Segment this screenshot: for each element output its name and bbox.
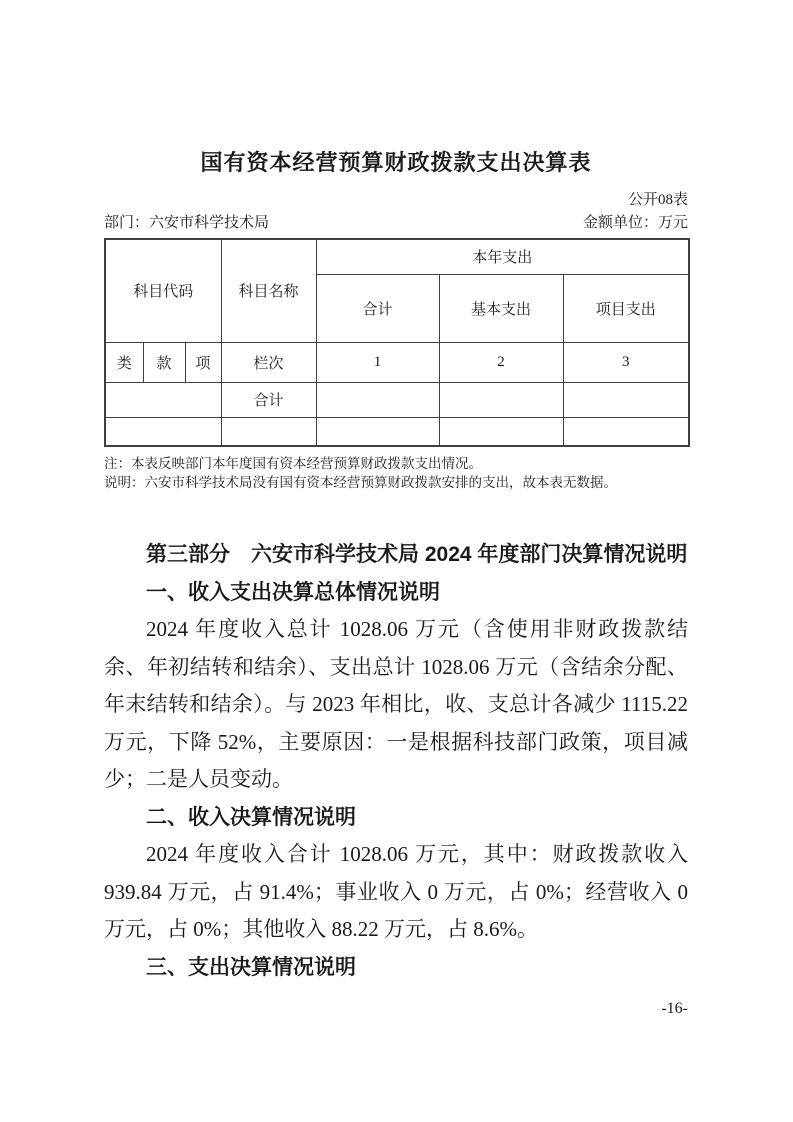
unit-label: 金额单位：万元 (583, 213, 688, 233)
row-code-cell (105, 382, 221, 417)
header-subject-name: 科目名称 (221, 239, 316, 342)
column-number-2: 2 (439, 342, 563, 382)
section1-paragraph: 2024 年度收入总计 1028.06 万元（含使用非财政拨款结余、年初结转和结… (104, 611, 688, 799)
row-project-cell (563, 417, 689, 446)
row-basic-cell (439, 417, 563, 446)
part3-heading: 第三部分 六安市科学技术局 2024 年度部门决算情况说明 (104, 536, 688, 574)
header-subject-code: 科目代码 (105, 239, 221, 342)
expenditure-table: 科目代码 科目名称 本年支出 合计 基本支出 项目支出 类 款 项 栏次 1 2… (104, 238, 690, 447)
row-name-cell (221, 417, 316, 446)
section2-paragraph: 2024 年度收入合计 1028.06 万元，其中：财政拨款收入 939.84 … (104, 836, 688, 949)
table-explanation: 说明：六安市科学技术局没有国有资本经营预算财政拨款安排的支出，故本表无数据。 (104, 473, 688, 492)
table-row-total: 合计 (105, 382, 689, 417)
header-column-label: 栏次 (221, 342, 316, 382)
document-page: 国有资本经营预算财政拨款支出决算表 公开08表 部门：六安市科学技术局 金额单位… (0, 0, 793, 1122)
column-number-1: 1 (316, 342, 439, 382)
table-row-empty (105, 417, 689, 446)
row-total-cell (316, 417, 439, 446)
column-number-3: 3 (563, 342, 689, 382)
row-name-cell: 合计 (221, 382, 316, 417)
table-header-row-1: 科目代码 科目名称 本年支出 (105, 239, 689, 274)
header-section: 款 (143, 342, 185, 382)
table-header-row-3: 类 款 项 栏次 1 2 3 (105, 342, 689, 382)
row-total-cell (316, 382, 439, 417)
document-title: 国有资本经营预算财政拨款支出决算表 (104, 148, 688, 178)
table-note: 注：本表反映部门本年度国有资本经营预算财政拨款支出情况。 (104, 454, 688, 473)
header-class: 类 (105, 342, 143, 382)
form-number-label: 公开08表 (104, 190, 688, 210)
page-number: -16- (104, 999, 688, 1019)
row-basic-cell (439, 382, 563, 417)
header-item: 项 (185, 342, 221, 382)
header-project-expenditure: 项目支出 (563, 274, 689, 342)
row-project-cell (563, 382, 689, 417)
department-label: 部门：六安市科学技术局 (104, 213, 269, 233)
table-notes: 注：本表反映部门本年度国有资本经营预算财政拨款支出情况。 说明：六安市科学技术局… (104, 454, 688, 492)
header-current-year-expenditure: 本年支出 (316, 239, 689, 274)
narrative-section: 第三部分 六安市科学技术局 2024 年度部门决算情况说明 一、收入支出决算总体… (104, 536, 688, 986)
section2-heading: 二、收入决算情况说明 (104, 799, 688, 837)
row-code-cell (105, 417, 221, 446)
section1-heading: 一、收入支出决算总体情况说明 (104, 574, 688, 612)
header-basic-expenditure: 基本支出 (439, 274, 563, 342)
header-total: 合计 (316, 274, 439, 342)
section3-heading: 三、支出决算情况说明 (104, 949, 688, 987)
meta-row: 部门：六安市科学技术局 金额单位：万元 (104, 213, 688, 233)
